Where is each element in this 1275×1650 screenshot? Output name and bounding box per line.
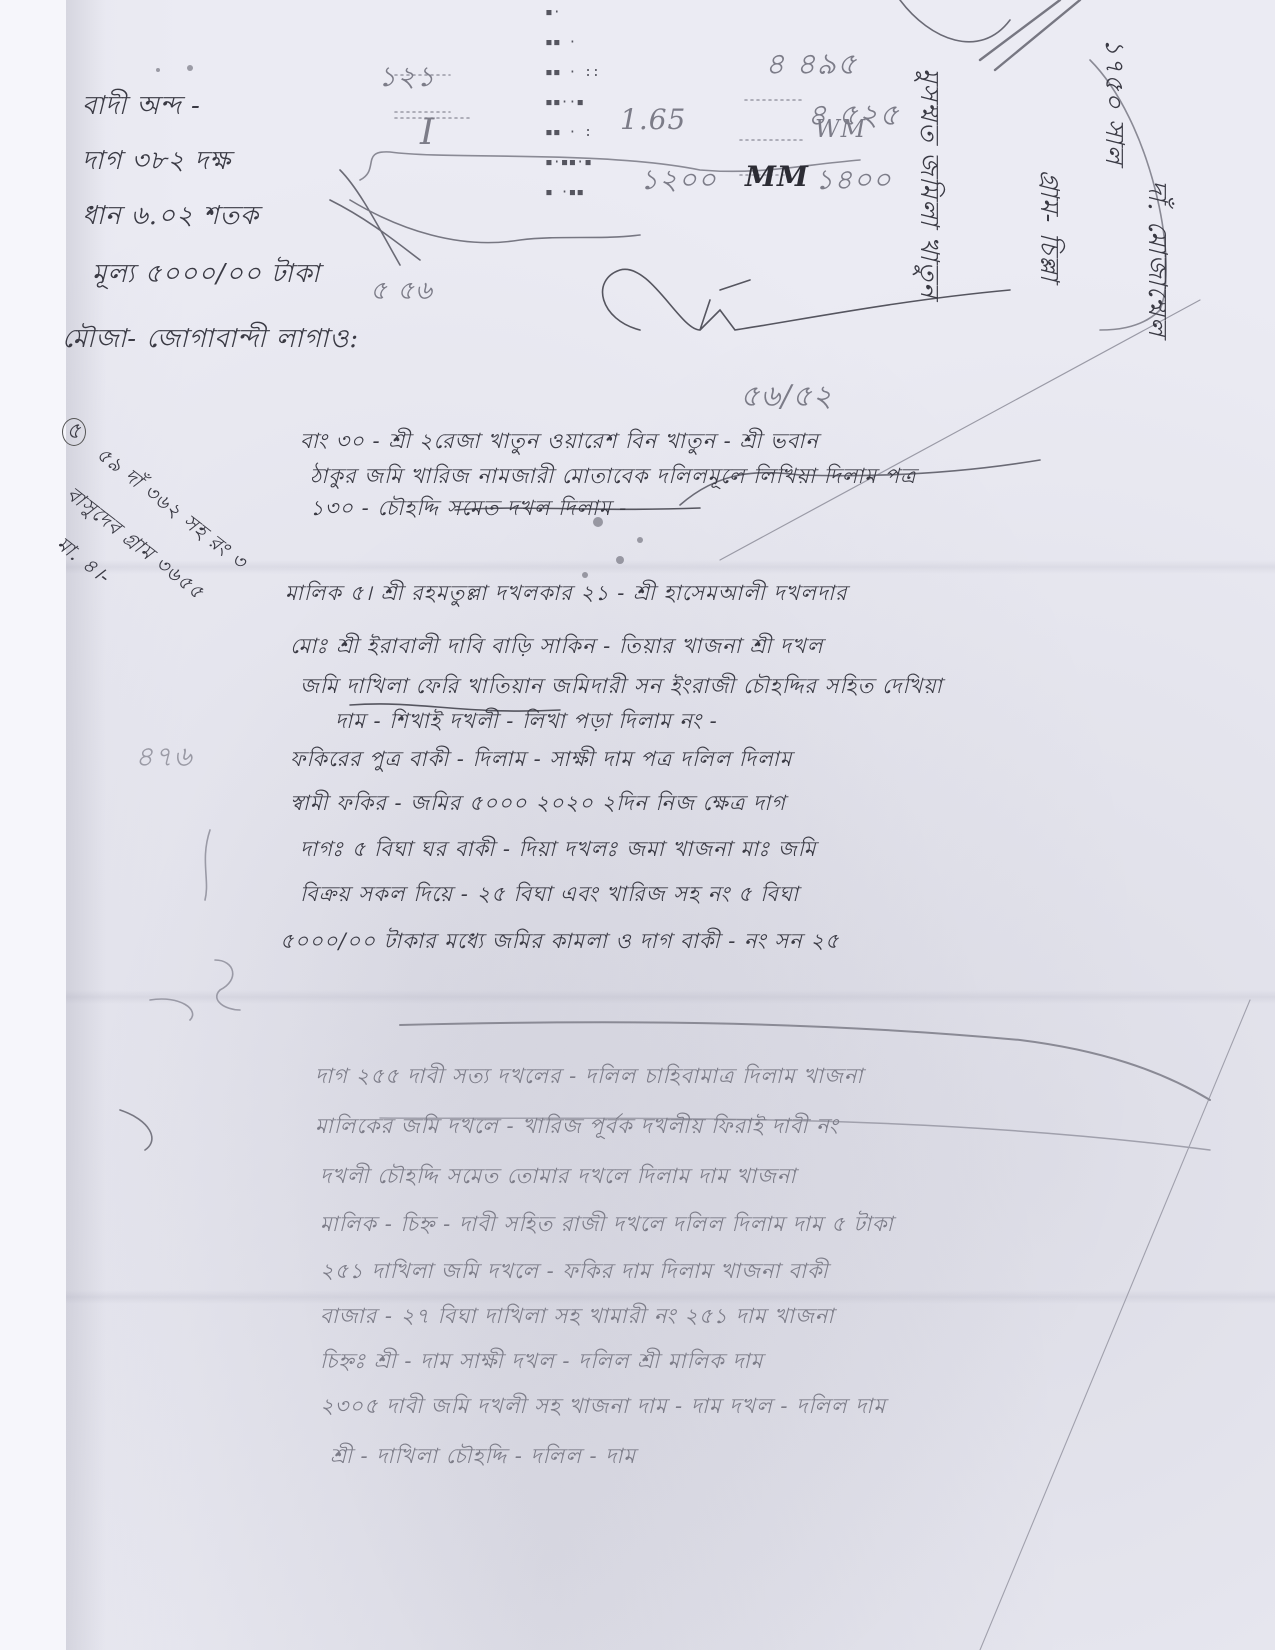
body-p2-line-4: দাম - শিখাই দখলী - লিখা পড়া দিলাম নং -	[335, 705, 718, 740]
body-p3-line-1: দাগ ২৫৫ দাবী সত্য দখলের - দলিল চাহিবামাত…	[315, 1060, 863, 1095]
stamp-initials: MM	[745, 160, 809, 193]
faint-stamp-text: ৪ ৪৯৫ ৪ ৫২৫	[765, 40, 900, 142]
paper-fold	[66, 560, 1275, 574]
body-p2-line-3: জমি দাখিলা ফেরি খাতিয়ান জমিদারী সন ইংরা…	[300, 670, 943, 705]
body-p2-line-6: স্বামী ফকির - জমির ৫০০০ ২০২০ ২দিন নিজ ক্…	[290, 787, 786, 822]
body-p3-line-7: চিহ্নঃ শ্রী - দাম সাক্ষী দখল - দলিল শ্রী…	[320, 1345, 763, 1380]
body-p2-line-5: ফকিরের পুত্র বাকী - দিলাম - সাক্ষী দাম প…	[290, 743, 792, 778]
note-line-2: দাগ ৩৮২ দক্ষ	[82, 140, 231, 184]
value-mark: 1.65	[620, 103, 686, 136]
paper-fold	[66, 990, 1275, 1004]
printed-form-marks: ▪·▪▪ ·▪▪ · ::▪▪··▪▪▪ · :▪·▪▪·▪▪ ·▪▪	[545, 5, 600, 200]
note-line-1: বাদী অন্দ -	[82, 85, 201, 129]
body-p3-line-8: ২৩০৫ দাবী জমি দখলী সহ খাজনা দাম - দাম দখ…	[320, 1390, 886, 1425]
body-p3-line-9: শ্রী - দাখিলা চৌহদ্দি - দলিল - দাম	[330, 1440, 636, 1475]
roman-mark: I	[420, 112, 435, 153]
body-p1-line-1: বাং ৩০ - শ্রী ২রেজা খাতুন ওয়ারেশ বিন খা…	[300, 425, 819, 460]
note-line-5: মৌজা- জোগাবান্দী লাগাও:	[62, 318, 359, 362]
vertical-note-village: গ্রাম- চিল্লা	[1026, 170, 1070, 282]
body-p2-line-8: বিক্রয় সকল দিয়ে - ২৫ বিঘা এবং খারিজ সহ…	[300, 878, 799, 913]
number-mark: ১২১	[378, 55, 436, 102]
body-p2-line-2: মোঃ শ্রী ইরাবালী দাবি বাড়ি সাকিন - তিয়…	[290, 630, 823, 665]
body-p1-line-3: ১৩০ - চৌহদ্দি সমেত দখল দিলাম -	[310, 492, 627, 527]
body-p2-line-7: দাগঃ ৫ বিঘা ঘর বাকী - দিয়া দখলঃ জমা খাজ…	[300, 833, 816, 868]
body-p2-line-9: ৫০০০/০০ টাকার মধ্যে জমির কামলা ও দাগ বাক…	[280, 925, 840, 960]
body-p1-line-2: ঠাকুর জমি খারিজ নামজারী মোতাবেক দলিলমূলে…	[310, 460, 916, 495]
body-p3-line-3: দখলী চৌহদ্দি সমেত তোমার দখলে দিলাম দাম খ…	[320, 1160, 796, 1195]
vertical-note-name: মুসম্মত জমিলা খাতুন	[906, 68, 950, 299]
body-p3-line-4: মালিক - চিহ্ন - দাবী সহিত রাজী দখলে দলিল…	[320, 1208, 894, 1243]
note-line-3: ধান ৬.০২ শতক	[82, 195, 259, 239]
faint-margin-number: ৪৭৬	[135, 735, 193, 782]
body-p3-line-6: বাজার - ২৭ বিঘা দাখিলা সহ খামারী নং ২৫১ …	[320, 1300, 834, 1335]
body-p3-line-2: মালিকের জমি দখলে - খারিজ পূর্বক দখলীয় ফ…	[315, 1110, 839, 1145]
faint-signature: ৫ ৫৬	[370, 270, 433, 314]
note-mark-b: ১৪০০	[815, 158, 892, 205]
signature-initials: ৫৬/৫২	[740, 372, 833, 423]
note-mark-a: ১২০০	[640, 158, 717, 205]
vertical-note-year: ১৭৫০ সাল	[1091, 38, 1135, 165]
vertical-note-signer: দাঁ. মোজাম্মেল	[1134, 180, 1178, 337]
body-p3-line-5: ২৫১ দাখিলা জমি দখলে - ফকির দাম দিলাম খাজ…	[320, 1255, 829, 1290]
circled-number: ৫	[62, 418, 86, 446]
body-p2-line-1: মালিক ৫। শ্রী রহমতুল্লা দখলকার ২১ - শ্রী…	[285, 577, 848, 612]
note-line-4: মূল্য ৫০০০/০০ টাকা	[92, 253, 320, 297]
scanner-margin-left	[0, 0, 66, 1650]
